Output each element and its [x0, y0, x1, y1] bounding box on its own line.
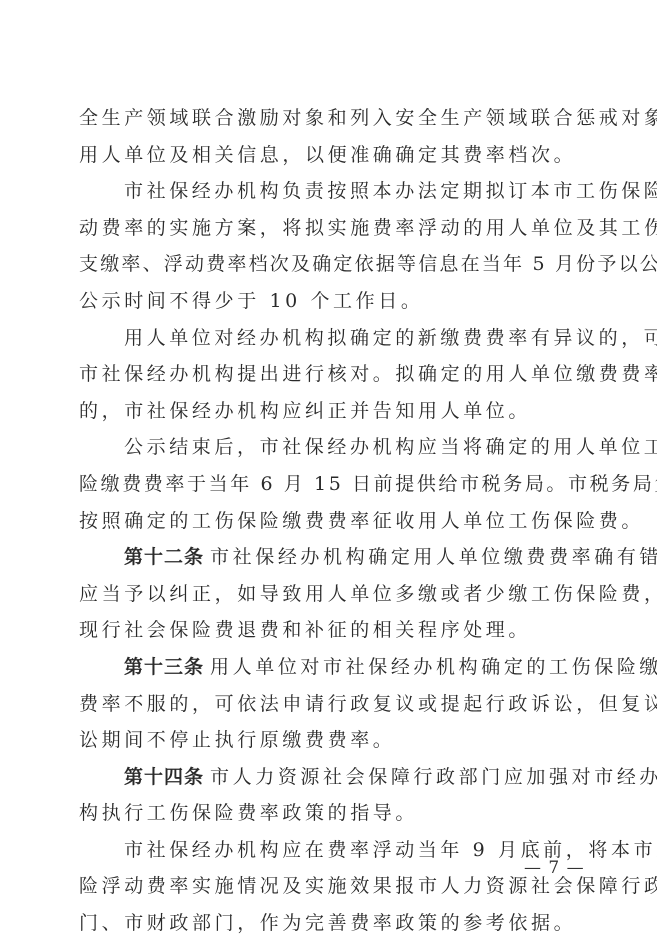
text-line: 市社保经办机构提出进行核对。拟确定的用人单位缴费费率不当 [79, 356, 579, 393]
article-heading: 第十三条 [124, 656, 204, 678]
article-heading: 第十二条 [124, 546, 204, 568]
text-line: 构执行工伤保险费率政策的指导。 [79, 795, 579, 832]
article-12: 第十二条市社保经办机构确定用人单位缴费费率确有错误， [79, 539, 579, 576]
text-line: 的，市社保经办机构应纠正并告知用人单位。 [79, 393, 579, 430]
article-14: 第十四条市人力资源社会保障行政部门应加强对市经办机 [79, 759, 579, 796]
text-line: 市社保经办机构负责按照本办法定期拟订本市工伤保险浮 [79, 173, 579, 210]
document-body: 全生产领域联合激励对象和列入安全生产领域联合惩戒对象的 用人单位及相关信息，以便… [79, 100, 579, 942]
text-line: 全生产领域联合激励对象和列入安全生产领域联合惩戒对象的 [79, 100, 579, 137]
text-line: 按照确定的工伤保险缴费费率征收用人单位工伤保险费。 [79, 503, 579, 540]
text-line: 市社保经办机构应在费率浮动当年 9 月底前，将本市工伤保 [79, 832, 579, 869]
text-line: 应当予以纠正，如导致用人单位多缴或者少缴工伤保险费，按照 [79, 576, 579, 613]
text-line: 公示时间不得少于 10 个工作日。 [79, 283, 579, 320]
article-text: 用人单位对市社保经办机构确定的工伤保险缴费 [210, 656, 657, 678]
article-text: 市社保经办机构确定用人单位缴费费率确有错误， [210, 546, 657, 568]
article-13: 第十三条用人单位对市社保经办机构确定的工伤保险缴费 [79, 649, 579, 686]
text-line: 现行社会保险费退费和补征的相关程序处理。 [79, 612, 579, 649]
text-line: 公示结束后，市社保经办机构应当将确定的用人单位工伤保 [79, 429, 579, 466]
text-line: 费率不服的，可依法申请行政复议或提起行政诉讼，但复议、诉 [79, 686, 579, 723]
text-line: 支缴率、浮动费率档次及确定依据等信息在当年 5 月份予以公示， [79, 246, 579, 283]
text-line: 险缴费费率于当年 6 月 15 日前提供给市税务局。市税务局负责 [79, 466, 579, 503]
text-line: 险浮动费率实施情况及实施效果报市人力资源社会保障行政部 [79, 868, 579, 905]
text-line: 门、市财政部门，作为完善费率政策的参考依据。 [79, 905, 579, 942]
article-text: 市人力资源社会保障行政部门应加强对市经办机 [210, 766, 657, 788]
text-line: 动费率的实施方案，将拟实施费率浮动的用人单位及其工伤保险 [79, 210, 579, 247]
text-line: 用人单位及相关信息，以便准确确定其费率档次。 [79, 137, 579, 174]
page-number: — 7 — [524, 858, 585, 878]
text-line: 讼期间不停止执行原缴费费率。 [79, 722, 579, 759]
text-line: 用人单位对经办机构拟确定的新缴费费率有异议的，可以向 [79, 320, 579, 357]
article-heading: 第十四条 [124, 766, 204, 788]
